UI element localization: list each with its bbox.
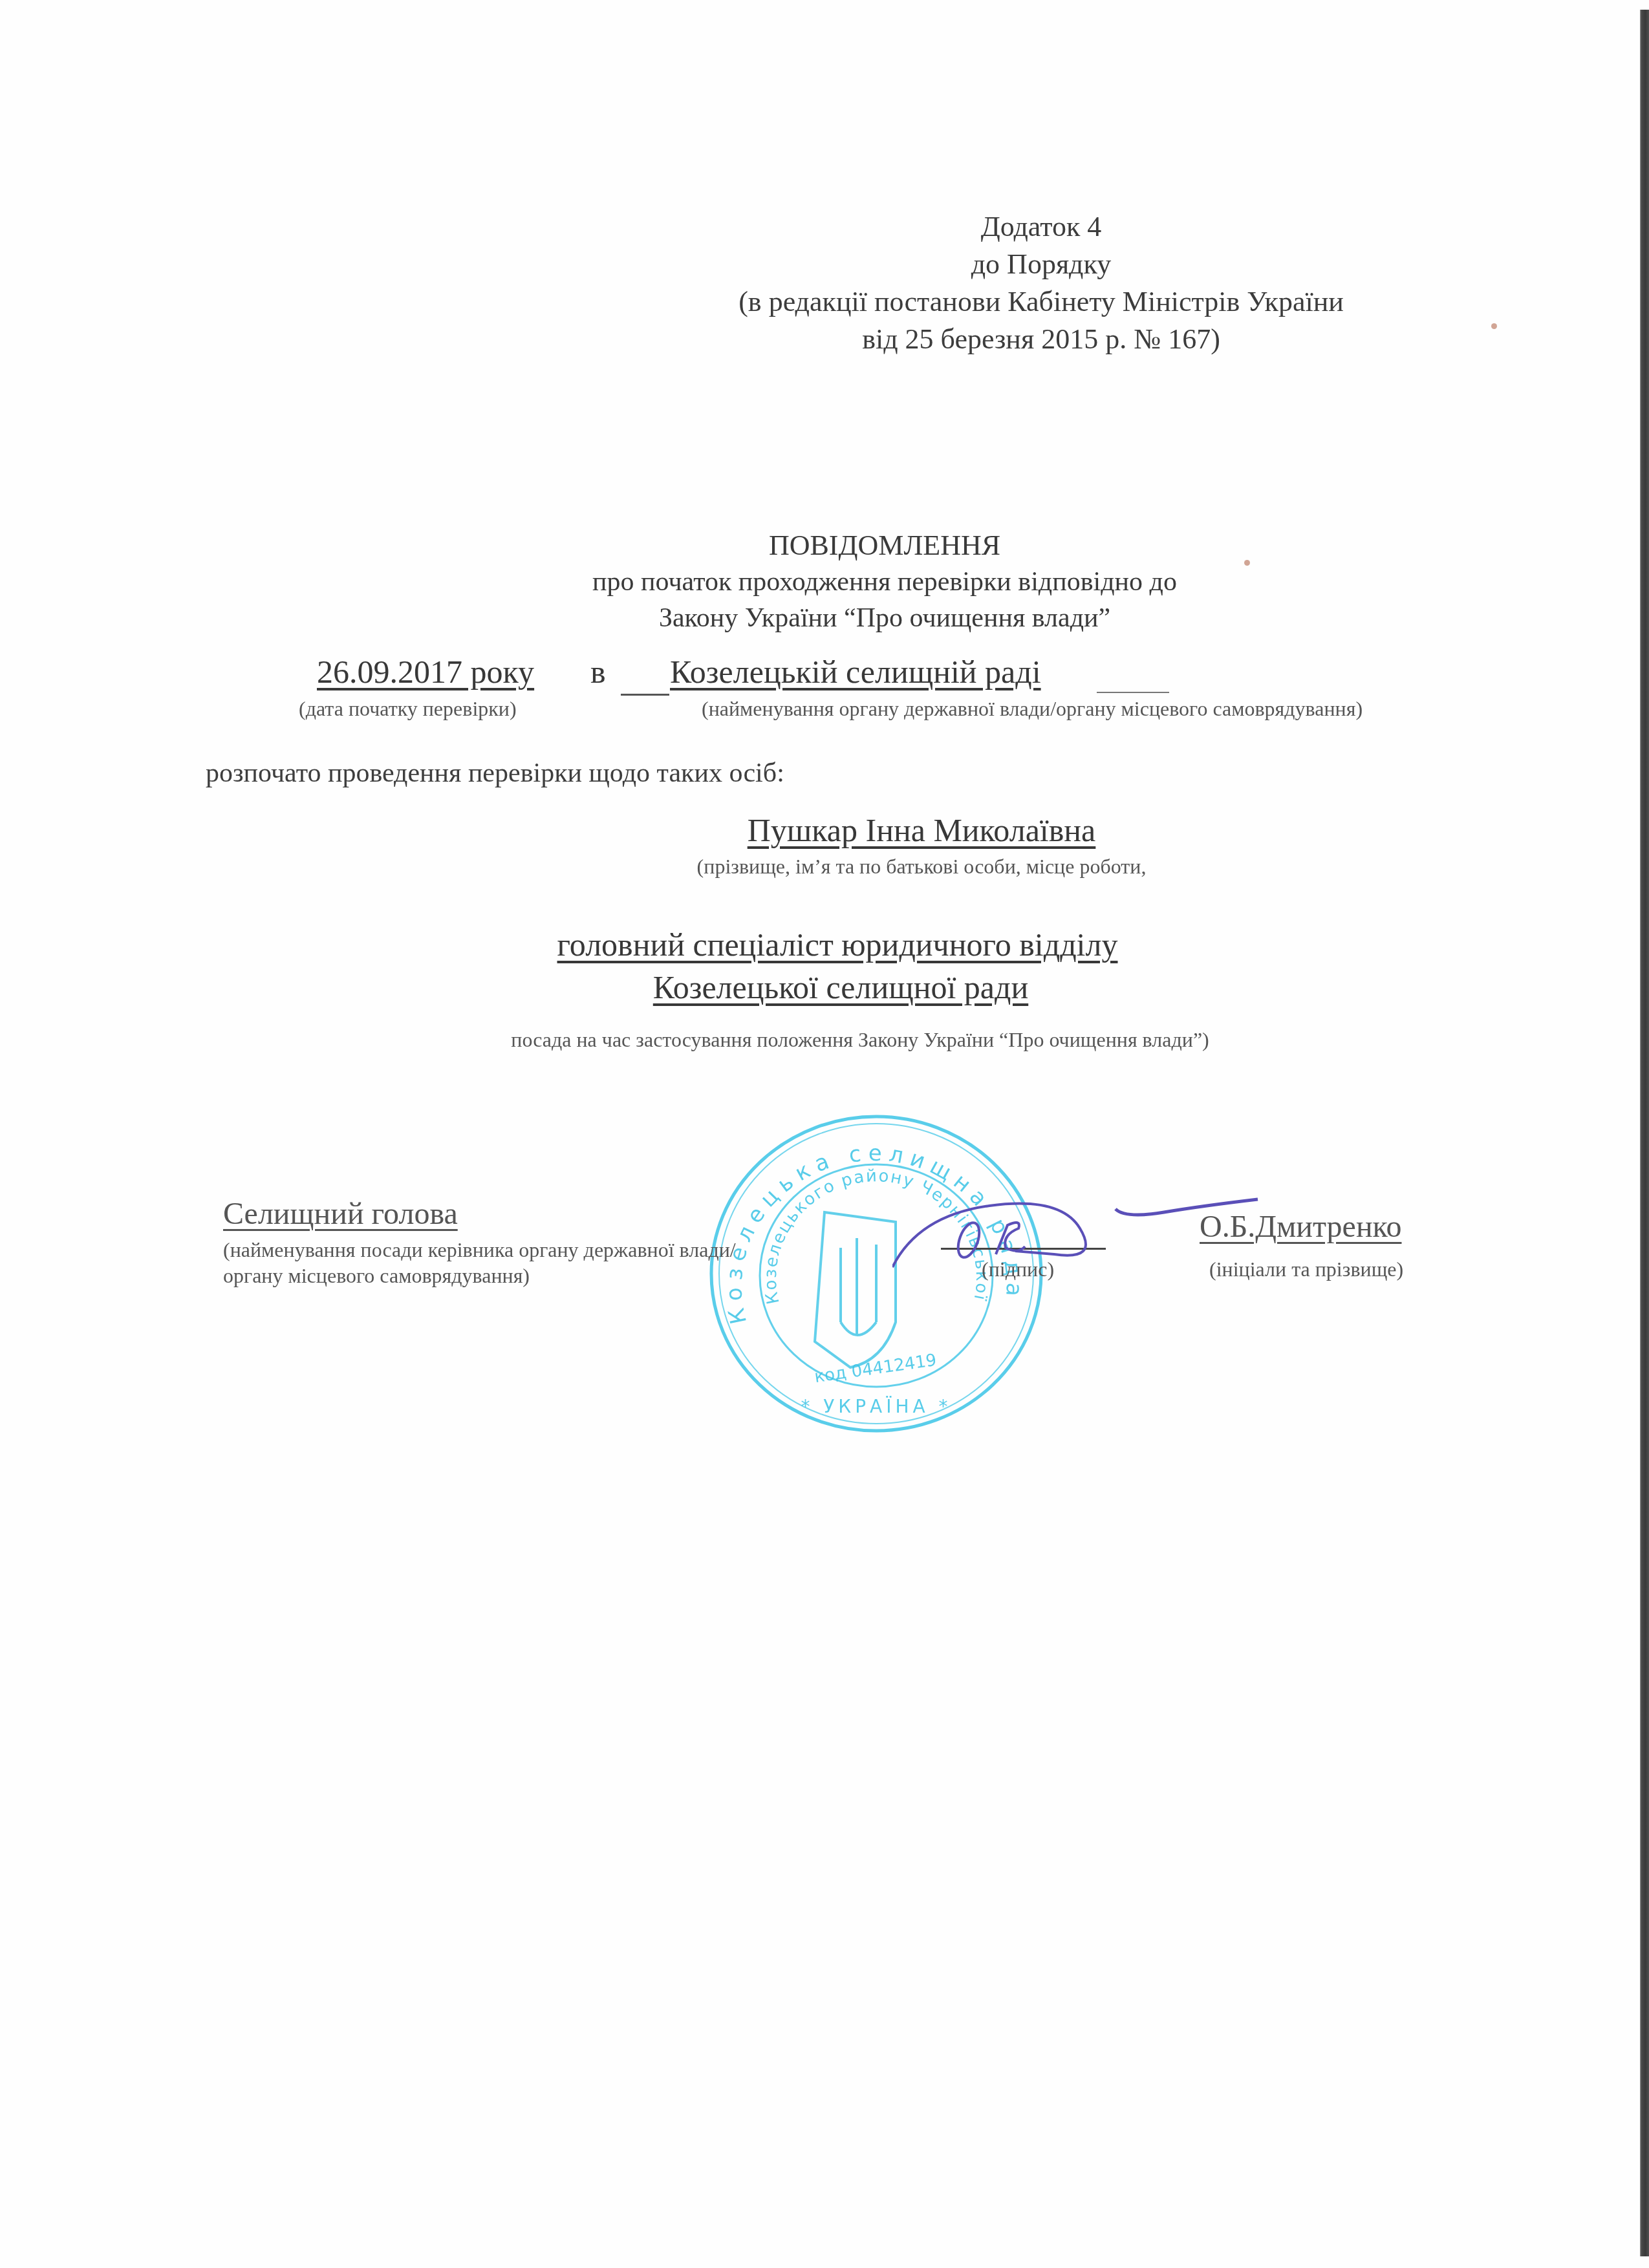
fill-line-suffix — [1097, 692, 1169, 693]
person-position-line1: головний спеціаліст юридичного відділу — [557, 926, 1118, 963]
appendix-date-reference: від 25 березня 2015 р. № 167) — [738, 321, 1344, 358]
document-title: ПОВІДОМЛЕННЯ — [769, 529, 1000, 562]
scanned-document-page: Додаток 4 до Порядку (в редакції постано… — [0, 0, 1649, 2268]
document-subtitle-line2: Закону України “Про очищення влади” — [659, 603, 1110, 634]
signatory-name: О.Б.Дмитренко — [1200, 1209, 1401, 1245]
person-position-caption: посада на час застосування положення Зак… — [511, 1028, 1209, 1052]
stamp-country: * УКРАЇНА * — [801, 1396, 951, 1417]
check-preposition: в — [590, 653, 606, 690]
coat-of-arms-icon — [815, 1212, 896, 1367]
signatory-title-caption-line1: (найменування посади керівника органу де… — [223, 1238, 736, 1262]
document-subtitle-line1: про початок проходження перевірки відпов… — [592, 566, 1177, 597]
government-body-caption: (найменування органу державної влади/орг… — [702, 697, 1363, 721]
person-name-caption: (прізвище, ім’я та по батькові особи, мі… — [697, 855, 1147, 879]
intro-text: розпочато проведення перевірки щодо таки… — [206, 758, 784, 789]
signatory-name-caption: (ініціали та прізвище) — [1209, 1257, 1403, 1281]
person-position-line2: Козелецької селищної ради — [653, 968, 1028, 1006]
scan-speck — [1491, 323, 1497, 329]
fill-line-prefix — [621, 694, 669, 696]
signatory-title-caption-line2: органу місцевого самоврядування) — [223, 1264, 530, 1288]
appendix-edition: (в редакції постанови Кабінету Міністрів… — [738, 283, 1344, 321]
appendix-to-order: до Порядку — [738, 246, 1344, 283]
person-full-name: Пушкар Інна Миколаївна — [748, 811, 1096, 849]
scan-edge-shadow — [1640, 10, 1649, 2256]
scan-speck — [1244, 560, 1250, 566]
check-start-date: 26.09.2017 року — [317, 653, 534, 690]
signatory-title: Селищний голова — [223, 1196, 458, 1232]
appendix-header: Додаток 4 до Порядку (в редакції постано… — [738, 208, 1344, 358]
government-body-name: Козелецькій селищній раді — [670, 653, 1041, 690]
appendix-number: Додаток 4 — [738, 208, 1344, 246]
check-date-caption: (дата початку перевірки) — [299, 697, 517, 721]
